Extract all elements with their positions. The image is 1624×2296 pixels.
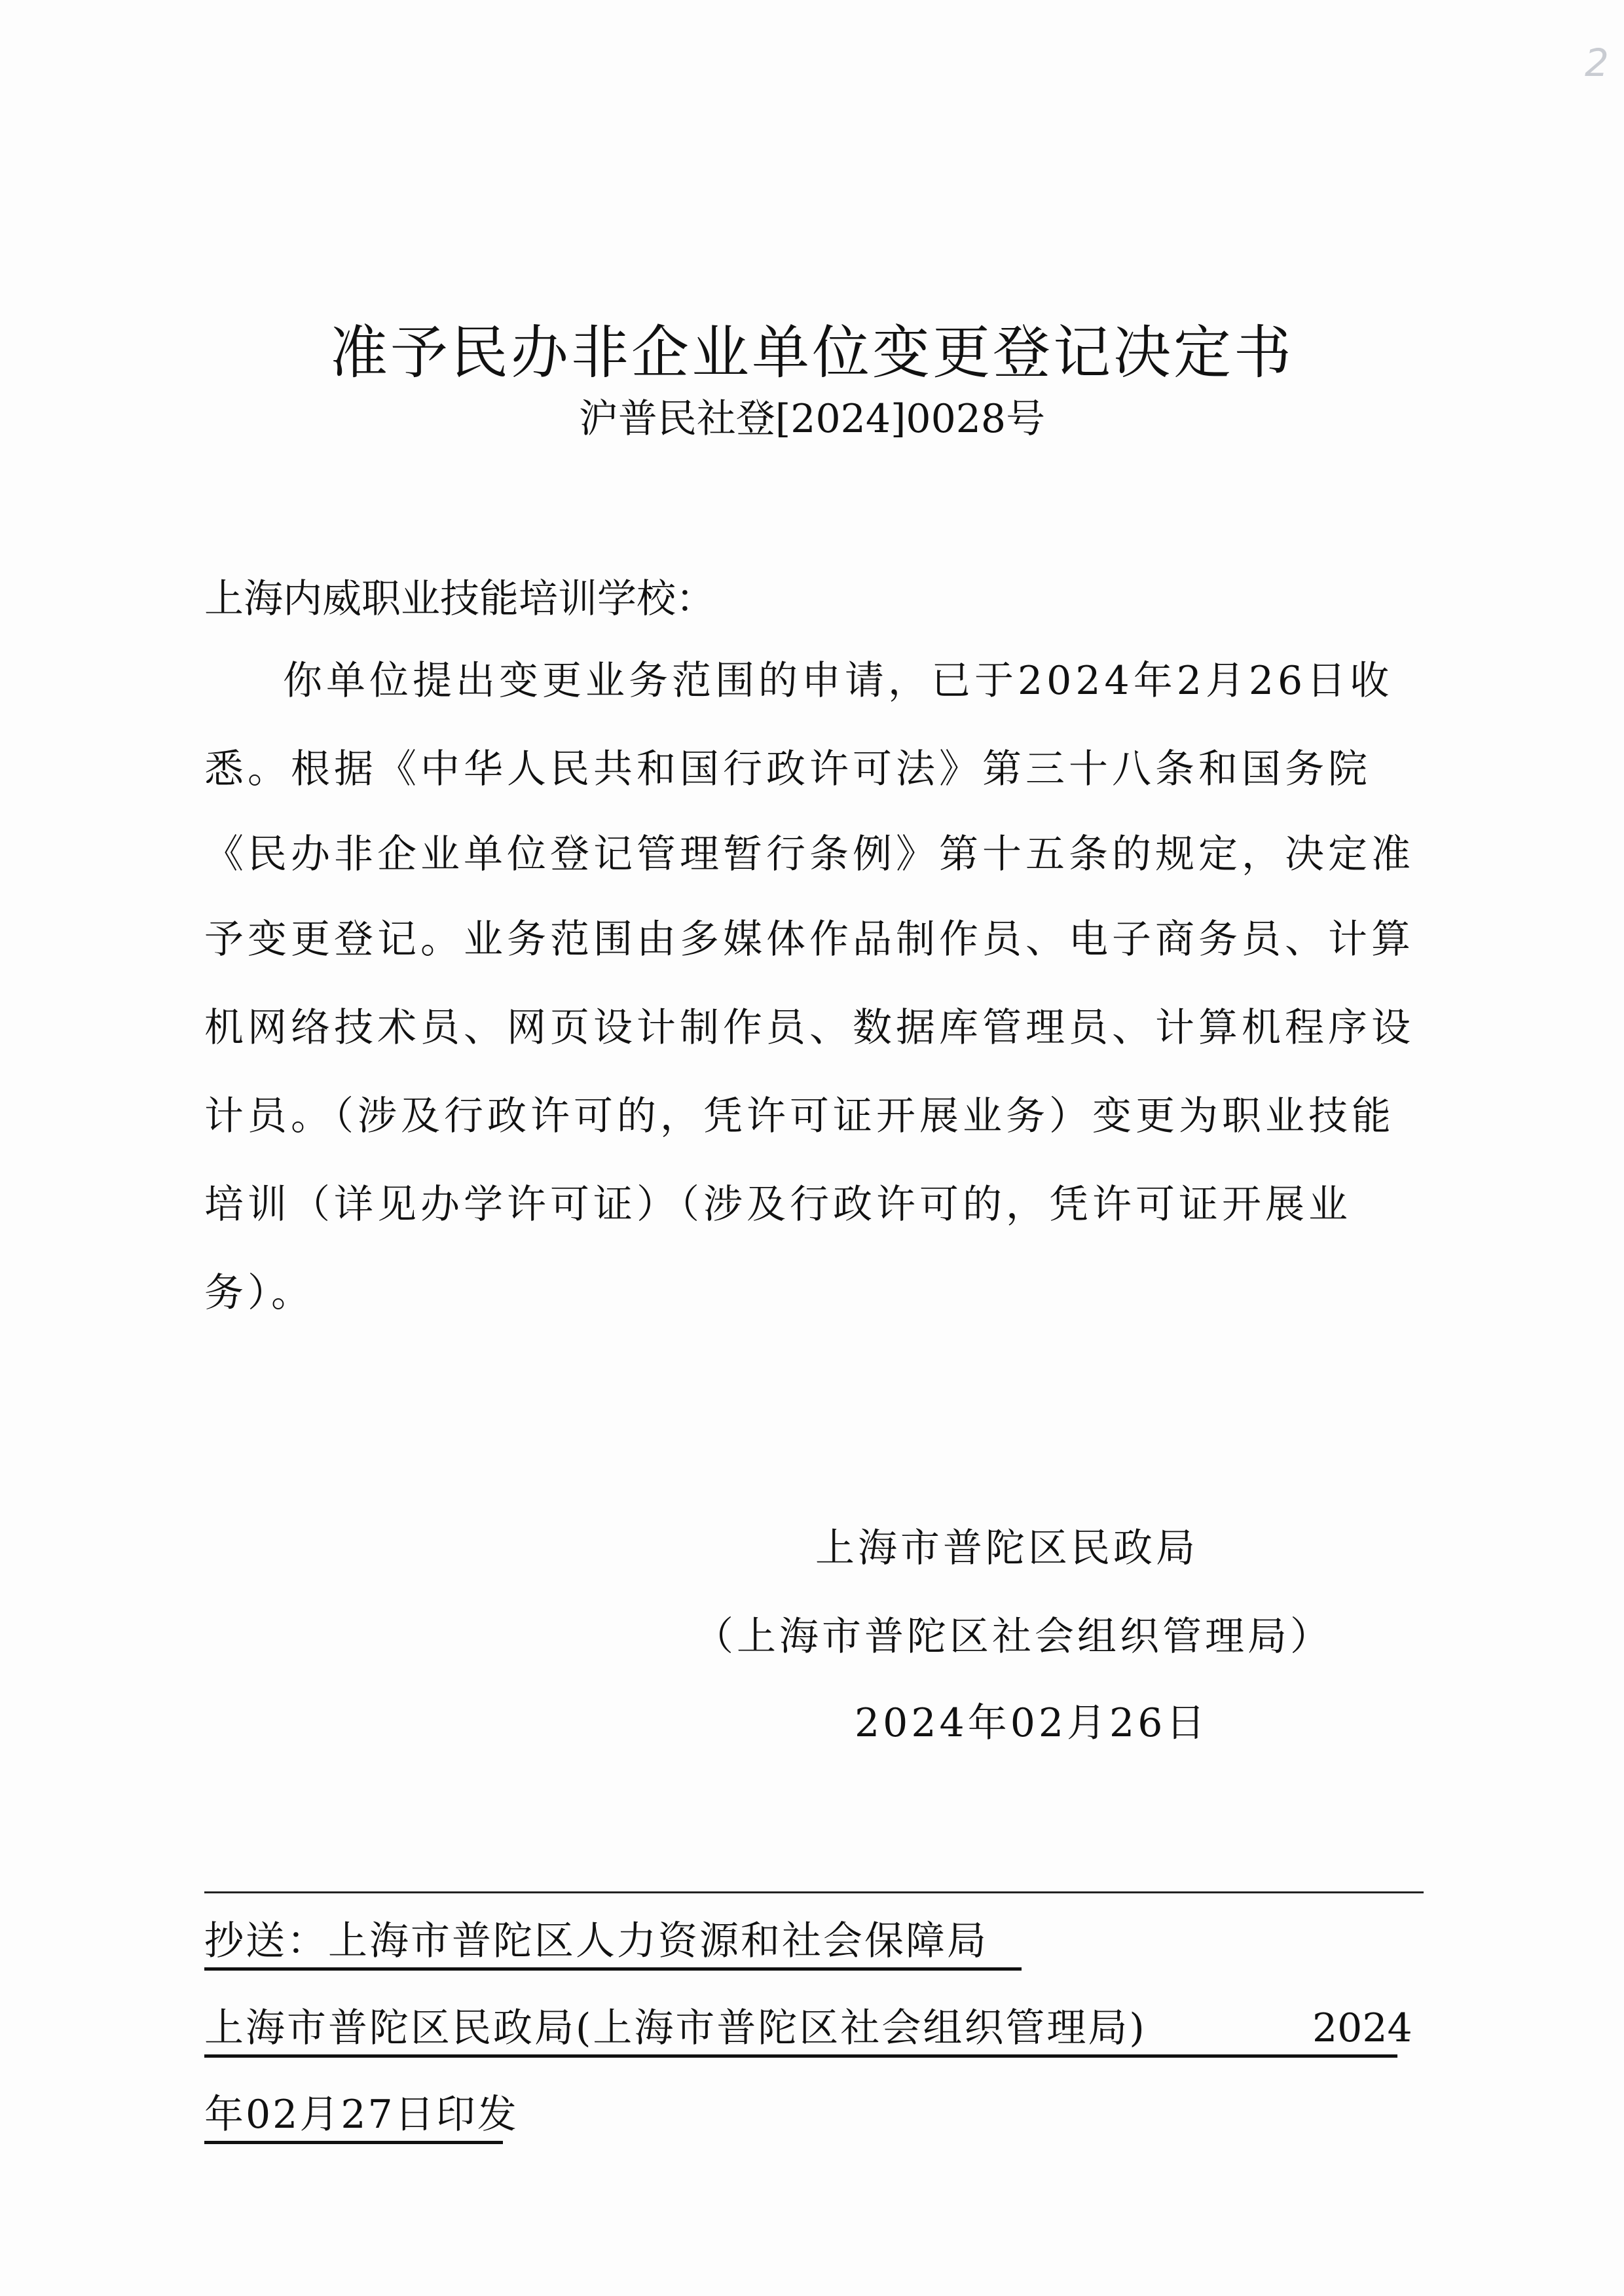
issuer-alias: （上海市普陀区社会组织管理局） <box>694 1611 1333 1663</box>
document-page: 2 准予民办非企业单位变更登记决定书 沪普民社登[2024]0028号 上海内威… <box>0 0 1624 2296</box>
document-title: 准予民办非企业单位变更登记决定书 <box>0 317 1624 389</box>
cc-recipients: 抄送：上海市普陀区人力资源和社会保障局 <box>204 1915 1022 1971</box>
printing-office: 上海市普陀区民政局(上海市普陀区社会组织管理局) <box>204 2002 1397 2058</box>
body-line: 予变更登记。业务范围由多媒体作品制作员、电子商务员、计算 <box>204 913 1435 966</box>
print-date: 年02月27日印发 <box>204 2088 503 2144</box>
body-line: 计员。（涉及行政许可的，凭许可证开展业务）变更为职业技能 <box>204 1090 1435 1142</box>
body-line: 机网络技术员、网页设计制作员、数据库管理员、计算机程序设 <box>204 1002 1435 1054</box>
body-line: 《民办非企业单位登记管理暂行条例》第十五条的规定，决定准 <box>204 828 1435 881</box>
printing-office-name: 上海市普陀区民政局(上海市普陀区社会组织管理局) <box>204 2005 1147 2051</box>
issue-date: 2024年02月26日 <box>855 1697 1208 1749</box>
print-year: 2024 <box>1312 2002 1412 2054</box>
footer-divider <box>204 1891 1424 1893</box>
body-line: 你单位提出变更业务范围的申请，已于2024年2月26日收 <box>283 655 1514 707</box>
body-line: 务）。 <box>204 1267 1435 1319</box>
body-line: 悉。根据《中华人民共和国行政许可法》第三十八条和国务院 <box>204 743 1435 795</box>
issuer-name: 上海市普陀区民政局 <box>815 1522 1198 1575</box>
addressee: 上海内威职业技能培训学校： <box>204 573 715 625</box>
document-number: 沪普民社登[2024]0028号 <box>0 393 1624 445</box>
handwritten-page-number: 2 <box>1585 41 1609 85</box>
body-line: 培训（详见办学许可证）（涉及行政许可的，凭许可证开展业 <box>204 1178 1435 1231</box>
